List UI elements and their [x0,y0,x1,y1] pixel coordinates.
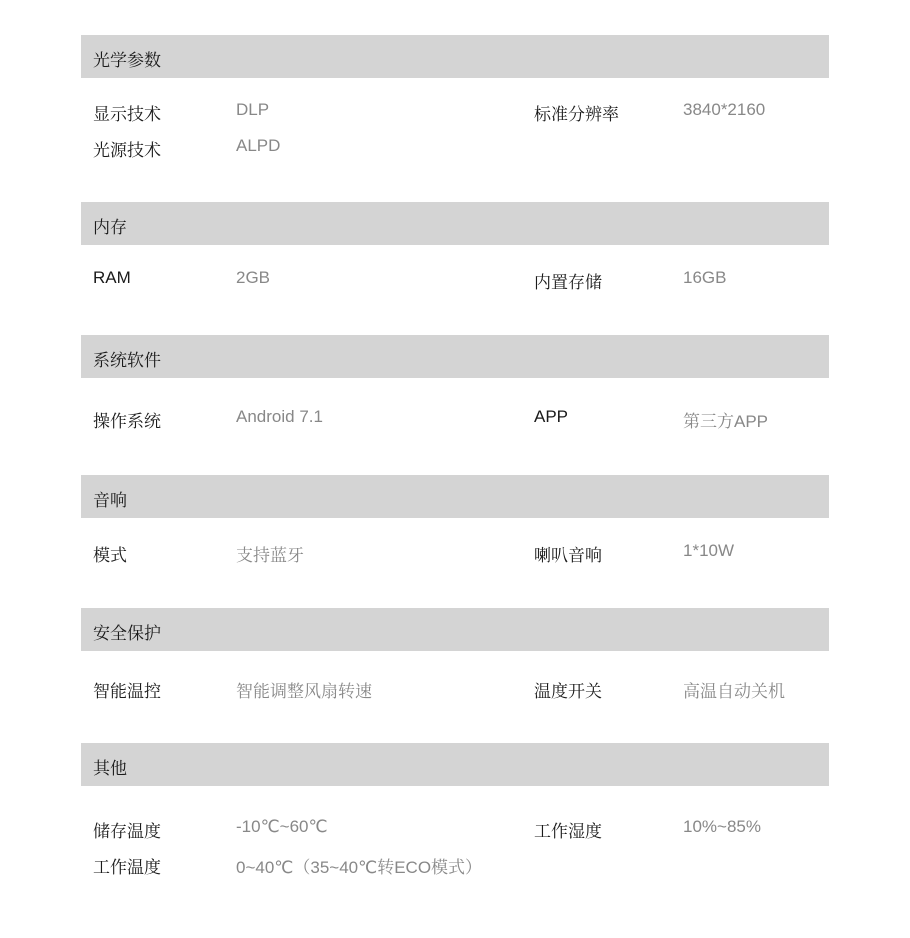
spec-label: 内置存储 [534,268,602,293]
spec-label: 模式 [93,541,127,566]
section-header-memory: 内存 [81,202,829,245]
spec-label: 温度开关 [534,677,602,702]
spec-value: 0~40℃（35~40℃转ECO模式） [236,853,482,878]
spec-value: 第三方APP [683,407,768,432]
spec-label: 显示技术 [93,100,161,125]
section-title: 光学参数 [93,46,161,71]
spec-value: DLP [236,100,269,120]
spec-value: -10℃~60℃ [236,817,328,837]
section-header-software: 系统软件 [81,335,829,378]
spec-value: 1*10W [683,541,734,561]
spec-row: 操作系统 Android 7.1 APP 第三方APP [81,407,829,429]
spec-value: 智能调整风扇转速 [236,677,372,702]
spec-label: 喇叭音响 [534,541,602,566]
section-title: 安全保护 [93,619,161,644]
section-header-audio: 音响 [81,475,829,518]
spec-row: 显示技术 DLP 标准分辨率 3840*2160 [81,100,829,122]
section-title: 其他 [93,754,127,779]
spec-label: APP [534,407,568,427]
section-header-other: 其他 [81,743,829,786]
spec-label: 标准分辨率 [534,100,619,125]
spec-label: 储存温度 [93,817,161,842]
spec-label: 智能温控 [93,677,161,702]
spec-label: 工作温度 [93,853,161,878]
spec-row: 储存温度 -10℃~60℃ 工作湿度 10%~85% [81,817,829,839]
spec-row: 工作温度 0~40℃（35~40℃转ECO模式） [81,853,829,875]
spec-label: 工作湿度 [534,817,602,842]
spec-value: 10%~85% [683,817,761,837]
spec-label: 光源技术 [93,136,161,161]
section-title: 内存 [93,213,127,238]
spec-label: 操作系统 [93,407,161,432]
spec-label: RAM [93,268,131,288]
spec-row: RAM 2GB 内置存储 16GB [81,268,829,290]
section-title: 系统软件 [93,346,161,371]
spec-value: Android 7.1 [236,407,323,427]
section-header-optical: 光学参数 [81,35,829,78]
spec-value: ALPD [236,136,280,156]
spec-value: 3840*2160 [683,100,765,120]
spec-row: 智能温控 智能调整风扇转速 温度开关 高温自动关机 [81,677,829,699]
spec-row: 模式 支持蓝牙 喇叭音响 1*10W [81,541,829,563]
spec-row: 光源技术 ALPD [81,136,829,158]
spec-value: 16GB [683,268,726,288]
spec-value: 高温自动关机 [683,677,785,702]
spec-value: 支持蓝牙 [236,541,304,566]
section-header-safety: 安全保护 [81,608,829,651]
section-title: 音响 [93,486,127,511]
spec-value: 2GB [236,268,270,288]
